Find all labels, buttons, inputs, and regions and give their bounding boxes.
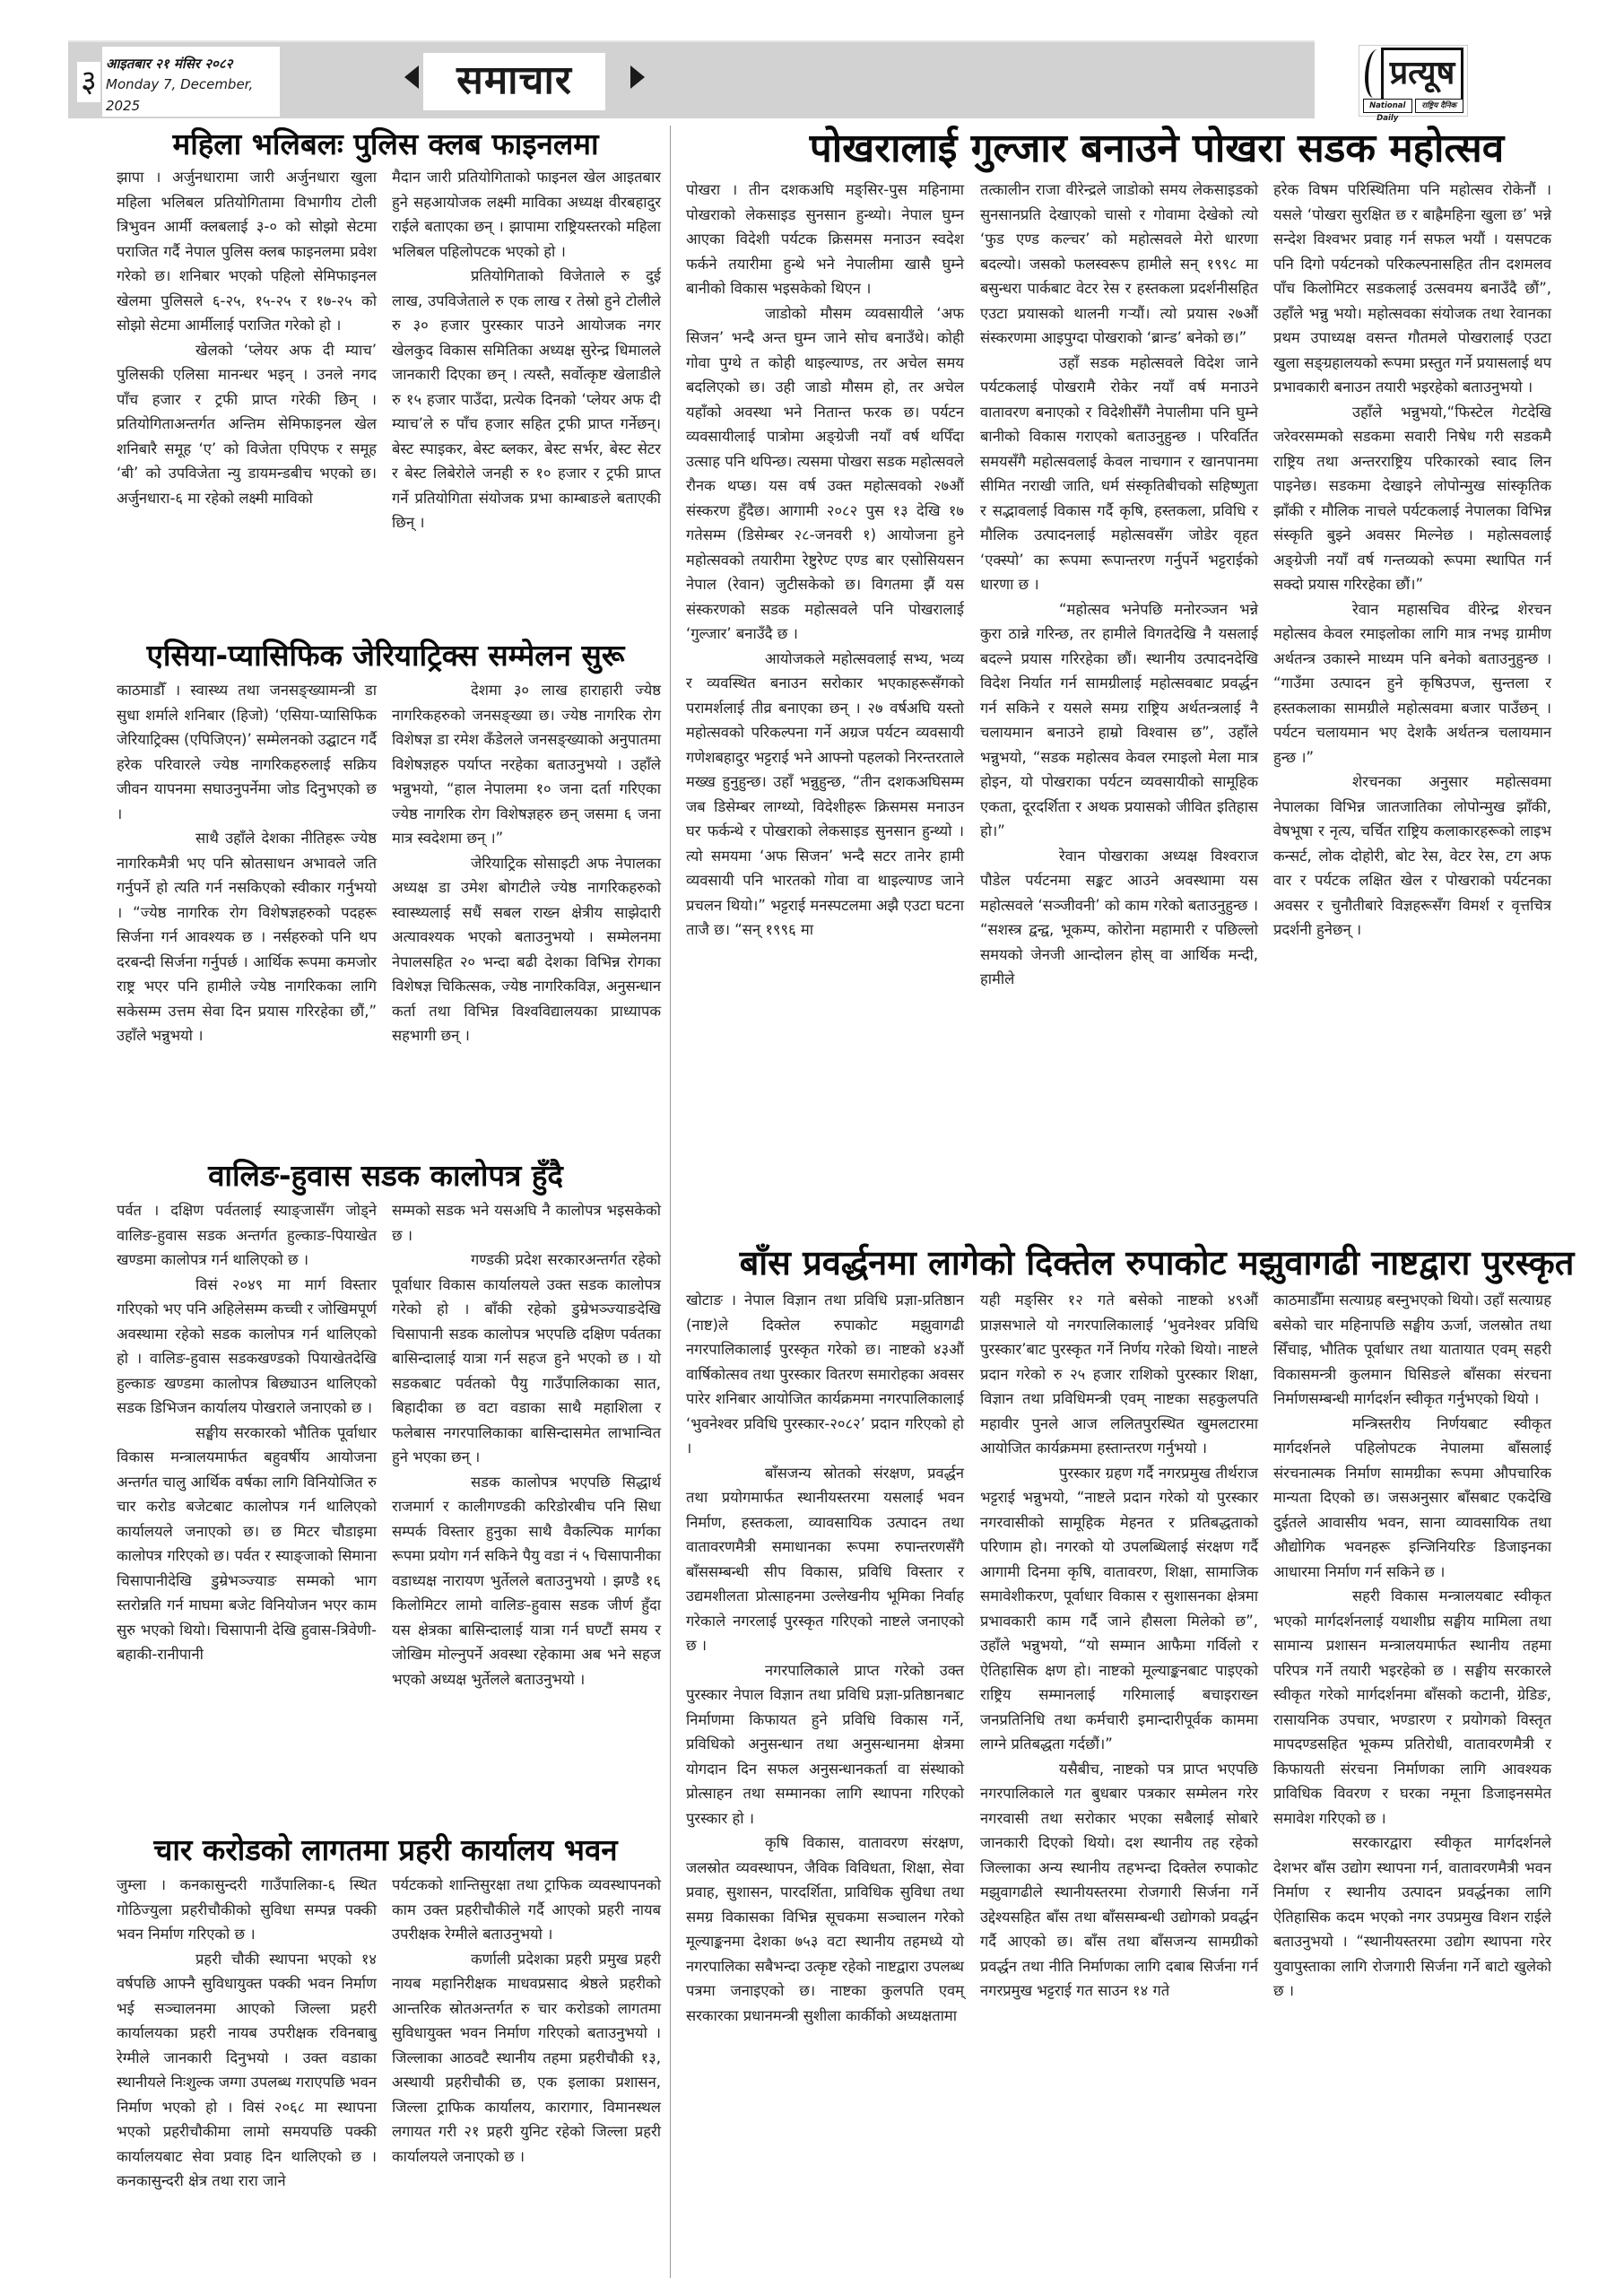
paragraph: काठमाडौँमा सत्याग्रह बस्नुभएको थियो। उहा…: [1273, 1288, 1551, 1412]
paragraph: यही मङ्सिर १२ गते बसेको नाष्टको ४९औं प्र…: [980, 1288, 1258, 1461]
article-pokhara-col2: तत्कालीन राजा वीरेन्द्रले जाडोको समय लेक…: [980, 178, 1258, 992]
paragraph: देशमा ३० लाख हाराहारी ज्येष्ठ नागरिकहरुक…: [392, 678, 661, 851]
logo-tag-nepali: राष्ट्रिय दैनिक: [1415, 99, 1464, 113]
logo-tagline: National Daily राष्ट्रिय दैनिक: [1363, 99, 1463, 113]
date-english: Monday 7, December, 2025: [106, 74, 276, 117]
paragraph: उहाँ सडक महोत्सवले विदेश जाने पर्यटकलाई …: [980, 351, 1258, 597]
paragraph: सरकारद्वारा स्वीकृत मार्गदर्शनले देशभर ब…: [1273, 1831, 1551, 2004]
article-bamboo-col2: यही मङ्सिर १२ गते बसेको नाष्टको ४९औं प्र…: [980, 1288, 1258, 2004]
section-nav: समाचार: [404, 53, 645, 110]
article-bamboo-col1: खोटाङ । नेपाल विज्ञान तथा प्रविधि प्रज्ञ…: [686, 1288, 964, 2028]
article-bamboo-col3: काठमाडौँमा सत्याग्रह बस्नुभएको थियो। उहा…: [1273, 1288, 1551, 2004]
previous-section-arrow-icon[interactable]: [404, 65, 419, 89]
headline-geriatrics: एसिया-प्यासिफिक जेरियाट्रिक्स सम्मेलन सु…: [108, 637, 664, 674]
paragraph: सहरी विकास मन्त्रालयबाट स्वीकृत भएको मार…: [1273, 1584, 1551, 1831]
article-police-col2: पर्यटकको शान्तिसुरक्षा तथा ट्राफिक व्यवस…: [392, 1873, 661, 2169]
paragraph: पर्यटकको शान्तिसुरक्षा तथा ट्राफिक व्यवस…: [392, 1873, 661, 1947]
article-geriatrics-col2: देशमा ३० लाख हाराहारी ज्येष्ठ नागरिकहरुक…: [392, 678, 661, 1048]
paragraph: पोखरा । तीन दशकअघि मङ्सिर-पुस महिनामा पो…: [686, 178, 964, 301]
masthead: ३ आइतबार २१ मंसिर २०८२ Monday 7, Decembe…: [68, 40, 1315, 118]
headline-baliding-road: वालिङ-हुवास सडक कालोपत्र हुँदै: [108, 1157, 664, 1195]
paragraph: सडक कालोपत्र भएपछि सिद्धार्थ राजमार्ग र …: [392, 1470, 661, 1692]
article-volleyball-col2: मैदान जारी प्रतियोगिताको फाइनल खेल आइतबा…: [392, 165, 661, 535]
logo-name: प्रत्यूष: [1381, 48, 1463, 99]
paragraph: गण्डकी प्रदेश सरकारअन्तर्गत रहेको पूर्वा…: [392, 1248, 661, 1470]
paragraph: कृषि विकास, वातावरण संरक्षण, जलस्रोत व्य…: [686, 1831, 964, 2028]
headline-bamboo-award: बाँस प्रवर्द्धनमा लागेको दिक्तेल रुपाकोट…: [682, 1241, 1624, 1284]
column-divider: [670, 126, 671, 2278]
headline-police-building: चार करोडको लागतमा प्रहरी कार्यालय भवन: [108, 1831, 664, 1869]
paragraph: सम्मको सडक भने यसअघि नै कालोपत्र भइसकेको…: [392, 1198, 661, 1248]
article-baliding-col1: पर्वत । दक्षिण पर्वतलाई स्याङ्जासँग जोड्…: [117, 1198, 377, 1667]
paragraph: यसैबीच, नाष्टको पत्र प्राप्त भएपछि नगरपा…: [980, 1757, 1258, 2004]
paragraph: रेवान महासचिव वीरेन्द्र शेरचन महोत्सव के…: [1273, 597, 1551, 770]
paragraph: साथै उहाँले देशका नीतिहरू ज्येष्ठ नागरिक…: [117, 826, 377, 1048]
paragraph: मैदान जारी प्रतियोगिताको फाइनल खेल आइतबा…: [392, 165, 661, 264]
paragraph: कर्णाली प्रदेशका प्रहरी प्रमुख प्रहरी ना…: [392, 1947, 661, 2170]
date-nepali: आइतबार २१ मंसिर २०८२: [106, 54, 276, 74]
paragraph: “महोत्सव भनेपछि मनोरञ्जन भन्ने कुरा ठान्…: [980, 597, 1258, 844]
logo-tag-english: National Daily: [1363, 99, 1412, 113]
paragraph: हरेक विषम परिस्थितिमा पनि महोत्सव रोकेनौ…: [1273, 178, 1551, 400]
paragraph: प्रतियोगिताको विजेताले रु दुई लाख, उपविज…: [392, 264, 661, 535]
paragraph: खोटाङ । नेपाल विज्ञान तथा प्रविधि प्रज्ञ…: [686, 1288, 964, 1461]
paragraph: आयोजकले महोत्सवलाई सभ्य, भव्य र व्यवस्थि…: [686, 647, 964, 943]
paragraph: नगरपालिकाले प्राप्त गरेको उक्त पुरस्कार …: [686, 1658, 964, 1831]
article-baliding-col2: सम्मको सडक भने यसअघि नै कालोपत्र भइसकेको…: [392, 1198, 661, 1692]
paragraph: पुरस्कार ग्रहण गर्दै नगरप्रमुख तीर्थराज …: [980, 1461, 1258, 1757]
paragraph: मन्त्रिस्तरीय निर्णयबाट स्वीकृत मार्गदर्…: [1273, 1412, 1551, 1585]
headline-volleyball: महिला भलिबलः पुलिस क्लब फाइनलमा: [108, 126, 664, 163]
article-pokhara-col3: हरेक विषम परिस्थितिमा पनि महोत्सव रोकेनौ…: [1273, 178, 1551, 943]
date-box: आइतबार २१ मंसिर २०८२ Monday 7, December,…: [102, 47, 280, 117]
page-number: ३: [77, 62, 100, 102]
paragraph: जुम्ला । कनकासुन्दरी गाउँपालिका-६ स्थित …: [117, 1873, 377, 1947]
paragraph: उहाँले भन्नुभयो,“फिस्टेल गेटदेखि जरेवरसम…: [1273, 400, 1551, 597]
article-police-col1: जुम्ला । कनकासुन्दरी गाउँपालिका-६ स्थित …: [117, 1873, 377, 2194]
paragraph: विसं २०४९ मा मार्ग विस्तार गरिएको भए पनि…: [117, 1273, 377, 1421]
paragraph: पर्वत । दक्षिण पर्वतलाई स्याङ्जासँग जोड्…: [117, 1198, 377, 1273]
paragraph: शेरचनका अनुसार महोत्सवमा नेपालका विभिन्न…: [1273, 770, 1551, 943]
paragraph: जेरियाट्रिक सोसाइटी अफ नेपालका अध्यक्ष ड…: [392, 851, 661, 1048]
paragraph: जाडोको मौसम व्यवसायीले ‘अफ सिजन’ भन्दै अ…: [686, 301, 964, 647]
article-volleyball-col1: झापा । अर्जुनधारामा जारी अर्जुनधारा खुला…: [117, 165, 377, 510]
paragraph: काठमाडौँ । स्वास्थ्य तथा जनसङ्ख्यामन्त्र…: [117, 678, 377, 826]
paragraph: खेलको ‘प्लेयर अफ दी म्याच’ पुलिसकी एलिसा…: [117, 338, 377, 511]
article-pokhara-col1: पोखरा । तीन दशकअघि मङ्सिर-पुस महिनामा पो…: [686, 178, 964, 943]
paragraph: झापा । अर्जुनधारामा जारी अर्जुनधारा खुला…: [117, 165, 377, 338]
section-title: समाचार: [423, 53, 605, 110]
headline-pokhara-festival: पोखरालाई गुल्जार बनाउने पोखरा सडक महोत्स…: [682, 124, 1624, 174]
paragraph: बाँसजन्य स्रोतको संरक्षण, प्रवर्द्धन तथा…: [686, 1461, 964, 1658]
paragraph: रेवान पोखराका अध्यक्ष विश्वराज पौडेल पर्…: [980, 844, 1258, 992]
newspaper-logo: प्रत्यूष National Daily राष्ट्रिय दैनिक: [1359, 45, 1468, 117]
paragraph: तत्कालीन राजा वीरेन्द्रले जाडोको समय लेक…: [980, 178, 1258, 351]
next-section-arrow-icon[interactable]: [630, 65, 645, 89]
paragraph: प्रहरी चौकी स्थापना भएको १४ वर्षपछि आफ्न…: [117, 1947, 377, 2194]
paragraph: सङ्घीय सरकारको भौतिक पूर्वाधार विकास मन्…: [117, 1421, 377, 1667]
article-geriatrics-col1: काठमाडौँ । स्वास्थ्य तथा जनसङ्ख्यामन्त्र…: [117, 678, 377, 1048]
